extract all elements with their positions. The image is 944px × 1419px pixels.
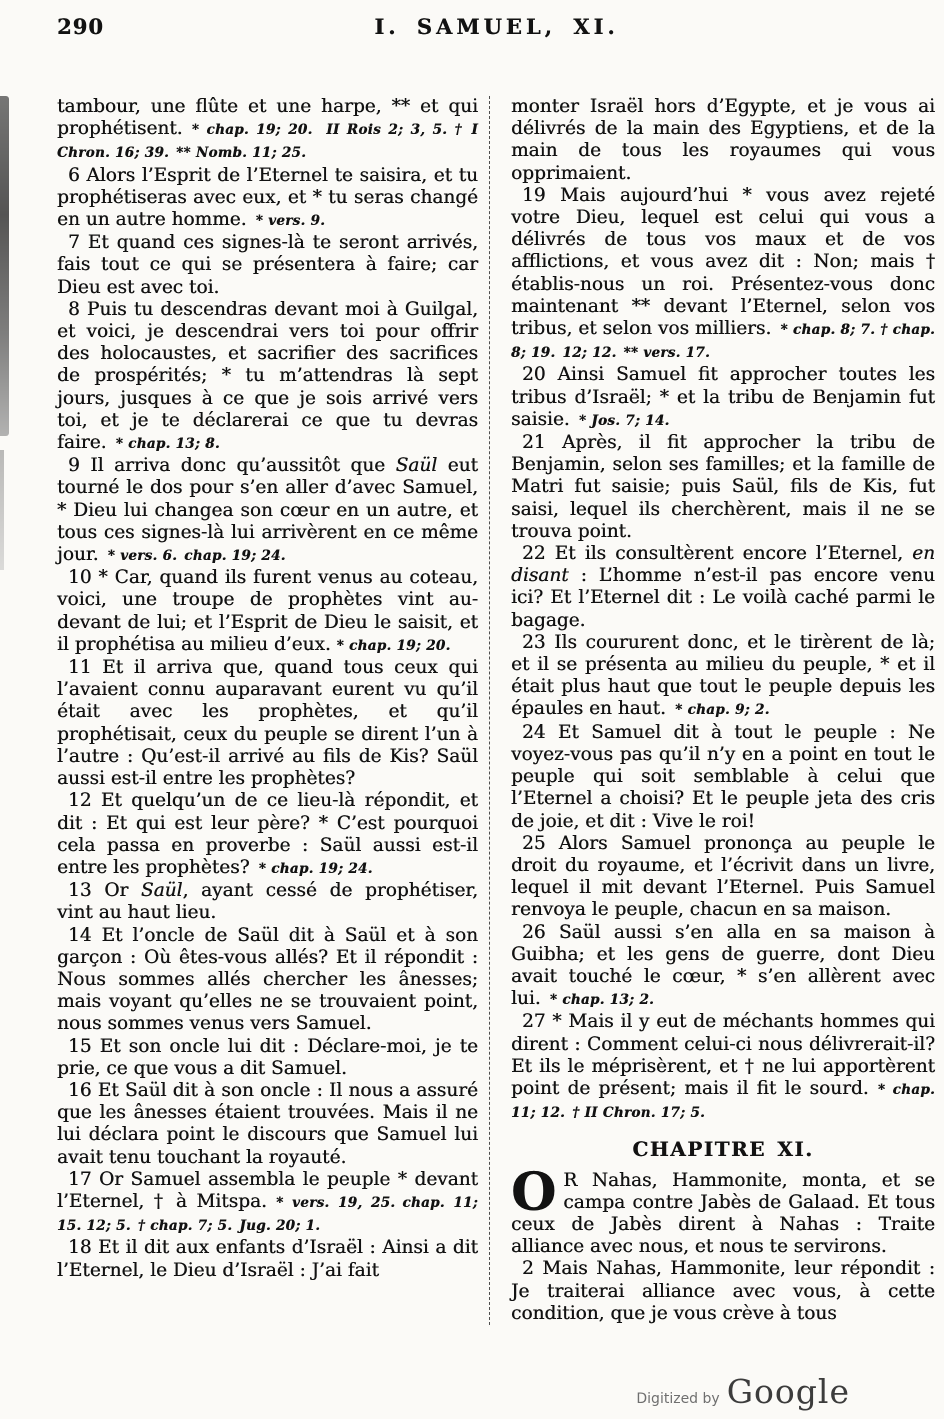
verse-paragraph: 6 Alors l’Esprit de l’Eternel te saisira… bbox=[57, 165, 478, 233]
verse-paragraph: 9 Il arriva donc qu’aussitôt que Saül eu… bbox=[57, 455, 478, 567]
verse-paragraph: 27 * Mais il y eut de méchants hommes qu… bbox=[511, 1011, 935, 1124]
left-column: tambour, une flûte et une harpe, ** et q… bbox=[57, 96, 478, 1325]
google-logo: Google bbox=[727, 1372, 850, 1411]
verse-text: 2 Mais Nahas, Hammonite, leur répondit :… bbox=[511, 1258, 935, 1323]
verse-text: 24 Et Samuel dit à tout le peuple : Ne v… bbox=[511, 722, 935, 832]
page-title: I. SAMUEL, XI. bbox=[57, 14, 936, 39]
verse-paragraph: OR Nahas, Hammonite, monta, et se campa … bbox=[511, 1170, 935, 1259]
verse-paragraph: 19 Mais aujourd’hui * vous avez rejeté v… bbox=[511, 185, 935, 365]
verse-text: 14 Et l’oncle de Saül dit à Saül et à so… bbox=[57, 925, 478, 1035]
verse-text: 22 Et ils consultèrent encore l’Eternel, bbox=[522, 543, 912, 564]
cross-reference: * chap. 19; 20. bbox=[337, 638, 451, 654]
verse-text: CHAPITRE XI. bbox=[632, 1137, 813, 1161]
drop-cap: O bbox=[511, 1170, 563, 1212]
verse-paragraph: 18 Et il dit aux enfants d’Israël : Ains… bbox=[57, 1237, 478, 1281]
cross-reference: * vers. 9. bbox=[256, 213, 325, 229]
verse-text: 11 Et il arriva que, quand tous ceux qui… bbox=[57, 657, 478, 789]
scanned-bible-page: 290 I. SAMUEL, XI. tambour, une flûte et… bbox=[0, 0, 944, 1419]
cross-reference: * chap. 13; 2. bbox=[550, 992, 654, 1008]
verse-paragraph: 11 Et il arriva que, quand tous ceux qui… bbox=[57, 657, 478, 790]
verse-text: 15 Et son oncle lui dit : Déclare-moi, j… bbox=[57, 1036, 478, 1079]
verse-paragraph: 8 Puis tu descendras devant moi à Guilga… bbox=[57, 299, 478, 455]
verse-paragraph: 13 Or Saül, ayant cessé de prophétiser, … bbox=[57, 880, 478, 924]
verse-text: 8 Puis tu descendras devant moi à Guilga… bbox=[57, 299, 478, 453]
scan-gutter-artifact bbox=[0, 96, 9, 436]
verse-paragraph: 10 * Car, quand ils furent venus au cote… bbox=[57, 567, 478, 657]
verse-text: 27 * Mais il y eut de méchants hommes qu… bbox=[511, 1011, 935, 1099]
verse-text: 21 Après, il fit approcher la tribu de B… bbox=[511, 432, 935, 542]
digitized-footer: Digitized by Google bbox=[636, 1372, 850, 1411]
verse-paragraph: 2 Mais Nahas, Hammonite, leur répondit :… bbox=[511, 1258, 935, 1325]
verse-text: 13 Or bbox=[68, 880, 141, 901]
verse-paragraph: 12 Et quelqu’un de ce lieu-là répondit, … bbox=[57, 790, 478, 880]
cross-reference: * chap. 13; 8. bbox=[116, 436, 220, 452]
verse-paragraph: 26 Saül aussi s’en alla en sa maison à G… bbox=[511, 922, 935, 1012]
two-column-text: tambour, une flûte et une harpe, ** et q… bbox=[57, 96, 936, 1325]
cross-reference: * Jos. 7; 14. bbox=[579, 413, 670, 429]
verse-text: 9 Il arriva donc qu’aussitôt que bbox=[68, 455, 396, 476]
verse-paragraph: 21 Après, il fit approcher la tribu de B… bbox=[511, 432, 935, 543]
verse-paragraph: 17 Or Samuel assembla le peuple * devant… bbox=[57, 1169, 478, 1238]
verse-text: 20 Ainsi Samuel fit approcher toutes les… bbox=[511, 364, 935, 429]
verse-paragraph: 25 Alors Samuel prononça au peuple le dr… bbox=[511, 833, 935, 922]
verse-text: 18 Et il dit aux enfants d’Israël : Ains… bbox=[57, 1237, 478, 1280]
verse-text: : L’homme n’est-il pas encore venu ici? … bbox=[511, 565, 935, 630]
verse-text: monter Israël hors d’Egypte, et je vous … bbox=[511, 96, 935, 184]
verse-text: 7 Et quand ces signes-là te seront arriv… bbox=[57, 232, 478, 297]
verse-text: Saül bbox=[141, 880, 183, 901]
verse-paragraph: monter Israël hors d’Egypte, et je vous … bbox=[511, 96, 935, 185]
verse-paragraph: 20 Ainsi Samuel fit approcher toutes les… bbox=[511, 364, 935, 432]
verse-text: 25 Alors Samuel prononça au peuple le dr… bbox=[511, 833, 935, 921]
digitized-by-label: Digitized by bbox=[636, 1391, 719, 1407]
verse-paragraph: 23 Ils coururent donc, et le tirèrent de… bbox=[511, 632, 935, 722]
verse-paragraph: 16 Et Saül dit à son oncle : Il nous a a… bbox=[57, 1080, 478, 1169]
cross-reference: * vers. 6. chap. 19; 24. bbox=[108, 548, 286, 564]
verse-text: 16 Et Saül dit à son oncle : Il nous a a… bbox=[57, 1080, 478, 1168]
verse-paragraph: 22 Et ils consultèrent encore l’Eternel,… bbox=[511, 543, 935, 632]
verse-paragraph: 14 Et l’oncle de Saül dit à Saül et à so… bbox=[57, 925, 478, 1036]
right-column: monter Israël hors d’Egypte, et je vous … bbox=[511, 96, 935, 1325]
page-number: 290 bbox=[57, 14, 104, 39]
verse-paragraph: tambour, une flûte et une harpe, ** et q… bbox=[57, 96, 478, 165]
page-header: 290 I. SAMUEL, XI. bbox=[57, 14, 936, 46]
verse-text: R Nahas, Hammonite, monta, et se campa c… bbox=[511, 1170, 935, 1258]
cross-reference: * chap. 9; 2. bbox=[675, 702, 769, 718]
verse-text: 19 Mais aujourd’hui * vous avez rejeté v… bbox=[511, 185, 935, 339]
verse-paragraph: 24 Et Samuel dit à tout le peuple : Ne v… bbox=[511, 722, 935, 833]
cross-reference: * chap. 19; 24. bbox=[259, 861, 373, 877]
verse-paragraph: 7 Et quand ces signes-là te seront arriv… bbox=[57, 232, 478, 299]
verse-text: Saül bbox=[396, 455, 438, 476]
chapter-heading: CHAPITRE XI. bbox=[511, 1138, 935, 1160]
verse-paragraph: 15 Et son oncle lui dit : Déclare-moi, j… bbox=[57, 1036, 478, 1080]
column-divider bbox=[489, 96, 490, 1325]
scan-gutter-artifact-lower bbox=[0, 450, 4, 570]
